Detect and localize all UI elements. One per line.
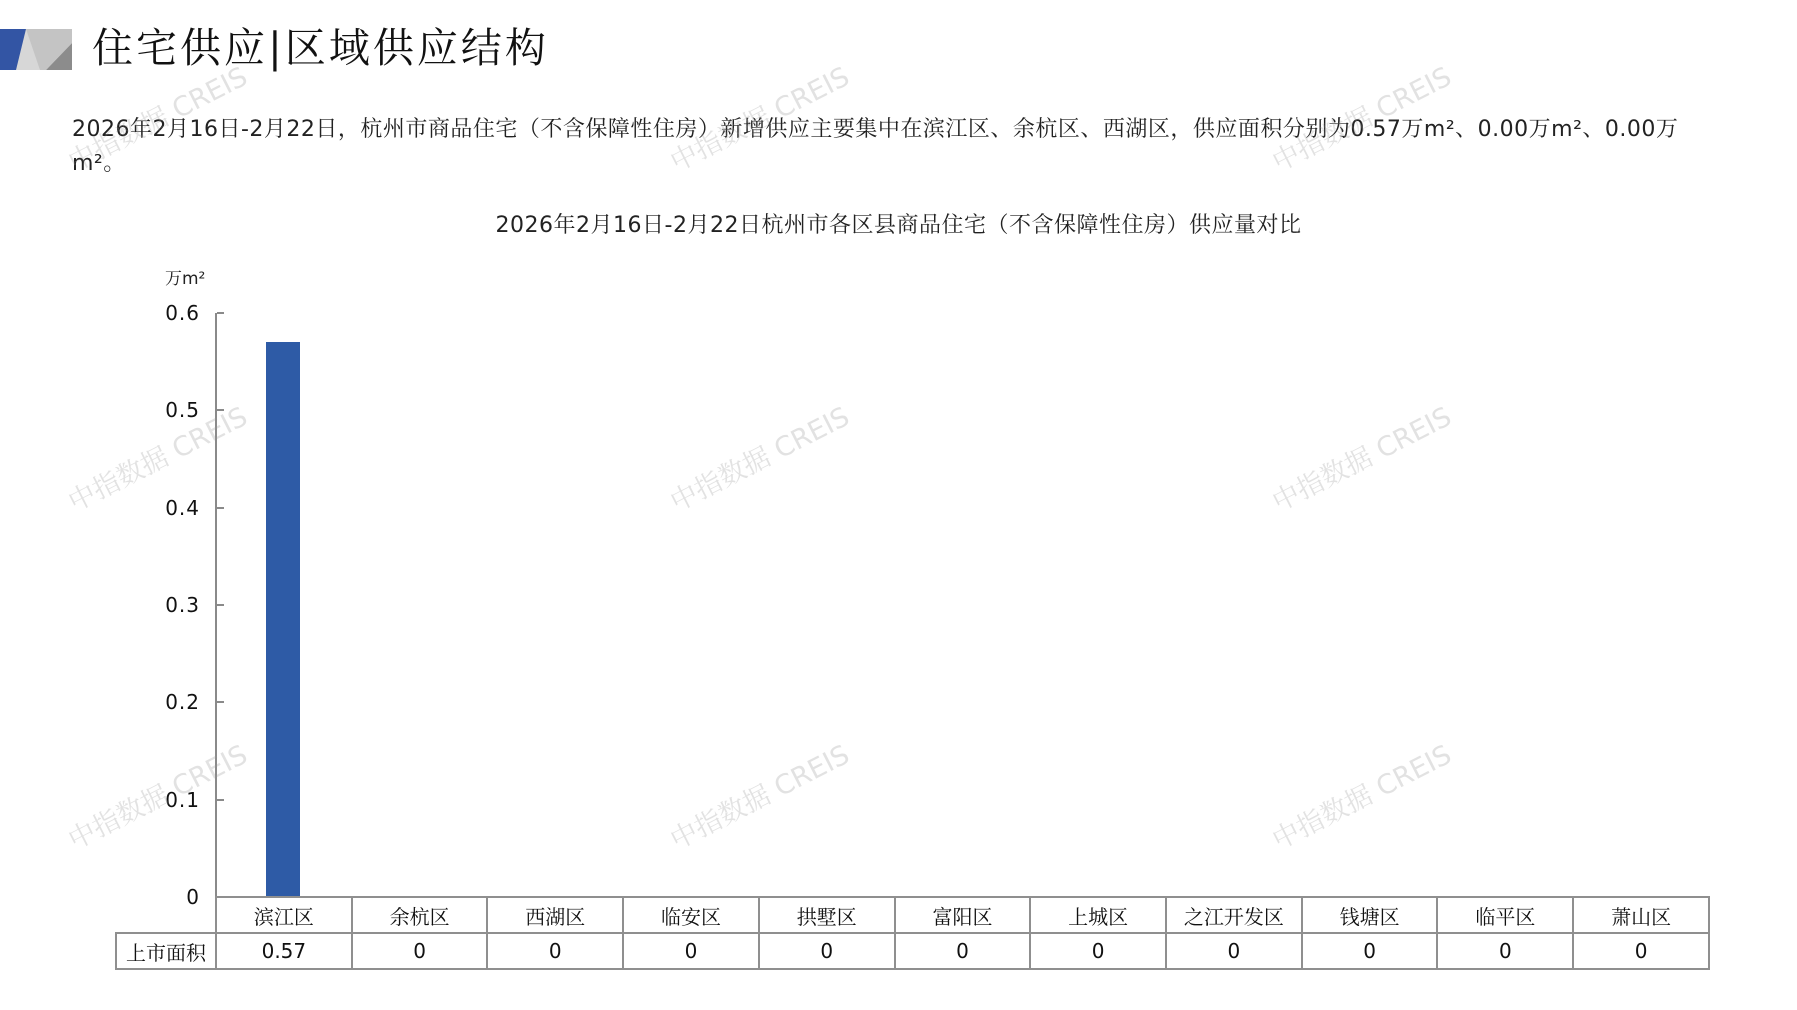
y-tick-mark — [217, 312, 224, 314]
y-axis-unit: 万m² — [165, 264, 205, 289]
header-decoration-icon — [0, 29, 72, 70]
page-title: 住宅供应|区域供应结构 — [92, 20, 549, 76]
watermark-text: 中指数据 CREIS — [1264, 733, 1457, 857]
y-tick-label: 0.4 — [120, 496, 200, 520]
row-label: 上市面积 — [116, 933, 216, 969]
category-row: 滨江区余杭区西湖区临安区拱墅区富阳区上城区之江开发区钱塘区临平区萧山区 — [116, 897, 1709, 933]
category-cell: 余杭区 — [352, 897, 488, 933]
category-cell: 钱塘区 — [1302, 897, 1438, 933]
category-cell: 临平区 — [1437, 897, 1573, 933]
value-cell: 0 — [352, 933, 488, 969]
y-tick-label: 0.2 — [120, 690, 200, 714]
value-cell: 0 — [1573, 933, 1709, 969]
value-cell: 0 — [487, 933, 623, 969]
category-cell: 西湖区 — [487, 897, 623, 933]
y-tick-mark — [217, 799, 224, 801]
value-cell: 0 — [1166, 933, 1302, 969]
value-cell: 0.57 — [216, 933, 352, 969]
y-tick-label: 0.5 — [120, 398, 200, 422]
category-cell: 萧山区 — [1573, 897, 1709, 933]
y-tick-mark — [217, 701, 224, 703]
value-cell: 0 — [895, 933, 1031, 969]
category-cell: 滨江区 — [216, 897, 352, 933]
value-cell: 0 — [1437, 933, 1573, 969]
bar-0 — [266, 342, 300, 897]
category-cell: 拱墅区 — [759, 897, 895, 933]
value-cell: 0 — [1030, 933, 1166, 969]
value-cell: 0 — [1302, 933, 1438, 969]
category-cell: 富阳区 — [895, 897, 1031, 933]
watermark-text: 中指数据 CREIS — [662, 733, 855, 857]
chart-title: 2026年2月16日-2月22日杭州市各区县商品住宅（不含保障性住房）供应量对比 — [0, 208, 1797, 239]
category-cell: 之江开发区 — [1166, 897, 1302, 933]
y-tick-mark — [217, 507, 224, 509]
y-tick-mark — [217, 409, 224, 411]
watermark-text: 中指数据 CREIS — [1264, 395, 1457, 519]
y-tick-mark — [217, 604, 224, 606]
watermark-text: 中指数据 CREIS — [662, 395, 855, 519]
category-cell: 临安区 — [623, 897, 759, 933]
y-tick-label: 0.6 — [120, 301, 200, 325]
y-tick-label: 0.3 — [120, 593, 200, 617]
category-cell: 上城区 — [1030, 897, 1166, 933]
summary-text: 2026年2月16日-2月22日，杭州市商品住宅（不含保障性住房）新增供应主要集… — [72, 113, 1722, 181]
y-tick-label: 0.1 — [120, 788, 200, 812]
chart-data-table: 滨江区余杭区西湖区临安区拱墅区富阳区上城区之江开发区钱塘区临平区萧山区 上市面积… — [115, 896, 1710, 970]
value-row: 上市面积 0.570000000000 — [116, 933, 1709, 969]
table-corner-blank — [116, 897, 216, 933]
value-cell: 0 — [759, 933, 895, 969]
value-cell: 0 — [623, 933, 759, 969]
